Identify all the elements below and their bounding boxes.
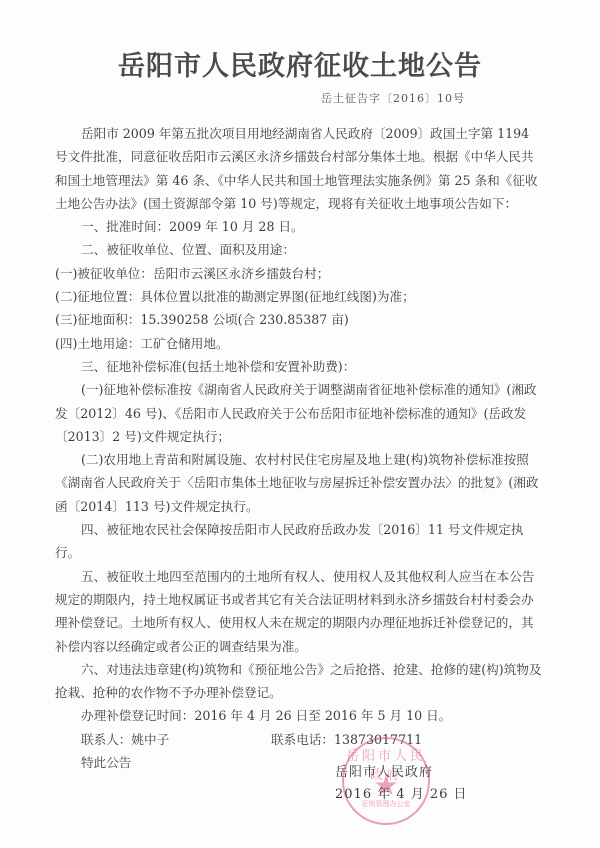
issuer-name: 岳阳市人民政府 — [335, 762, 468, 784]
section-expropriated-unit: (一)被征收单位：岳阳市云溪区永济乡擂鼓台村； — [55, 262, 545, 285]
section-land-info-heading: 二、被征收单位、位置、面积及用途： — [55, 238, 545, 261]
document-number: 岳土征告字〔2016〕10号 — [321, 90, 465, 106]
intro-paragraph: 岳阳市 2009 年第五批次项目用地经湖南省人民政府〔2009〕政国土字第 11… — [55, 122, 545, 215]
section-land-area: (三)征地面积：15.390258 公顷(合 230.85387 亩) — [55, 308, 545, 331]
section-compensation-standard: (一)征地补偿标准按《湖南省人民政府关于调整湖南省征地补偿标准的通知》(湘政发〔… — [55, 378, 545, 448]
page-title: 岳阳市人民政府征收土地公告 — [0, 44, 600, 83]
section-land-use: (四)土地用途：工矿仓储用地。 — [55, 332, 545, 355]
section-land-location: (二)征地位置：具体位置以批准的勘测定界图(征地红线图)为准； — [55, 285, 545, 308]
document-page: 岳阳市人民政府征收土地公告 岳土征告字〔2016〕10号 岳阳市 2009 年第… — [0, 0, 600, 848]
section-registration-requirement: 五、被征收土地四至范围内的土地所有权人、使用权人及其他权利人应当在本公告规定的期… — [55, 565, 545, 658]
document-body: 岳阳市 2009 年第五批次项目用地经湖南省人民政府〔2009〕政国土字第 11… — [55, 122, 545, 774]
section-approval-time: 一、批准时间：2009 年 10 月 28 日。 — [55, 215, 545, 238]
section-compensation-heading: 三、征地补偿标准(包括土地补偿和安置补助费)： — [55, 355, 545, 378]
registration-time: 办理补偿登记时间：2016 年 4 月 26 日至 2016 年 5 月 10 … — [55, 704, 545, 727]
section-social-security: 四、被征地农民社会保障按岳阳市人民政府岳政办发〔2016〕11 号文件规定执行。 — [55, 518, 545, 565]
section-illegal-buildings: 六、对违法违章建(构)筑物和《预征地公告》之后抢搭、抢建、抢修的建(构)筑物及抢… — [55, 658, 545, 705]
section-attachments-compensation: (二)农用地上青苗和附属设施、农村村民住宅房屋及地上建(构)筑物补偿标准按照《湖… — [55, 448, 545, 518]
signature-block: 岳阳市人民政府 2016 年 4 月 26 日 — [335, 762, 468, 806]
contact-person: 联系人：姚中子 — [55, 728, 245, 751]
closing-text: 特此公告 — [55, 751, 545, 774]
contact-line: 联系人：姚中子 联系电话：13873017711 — [55, 728, 545, 751]
issue-date: 2016 年 4 月 26 日 — [335, 784, 468, 806]
